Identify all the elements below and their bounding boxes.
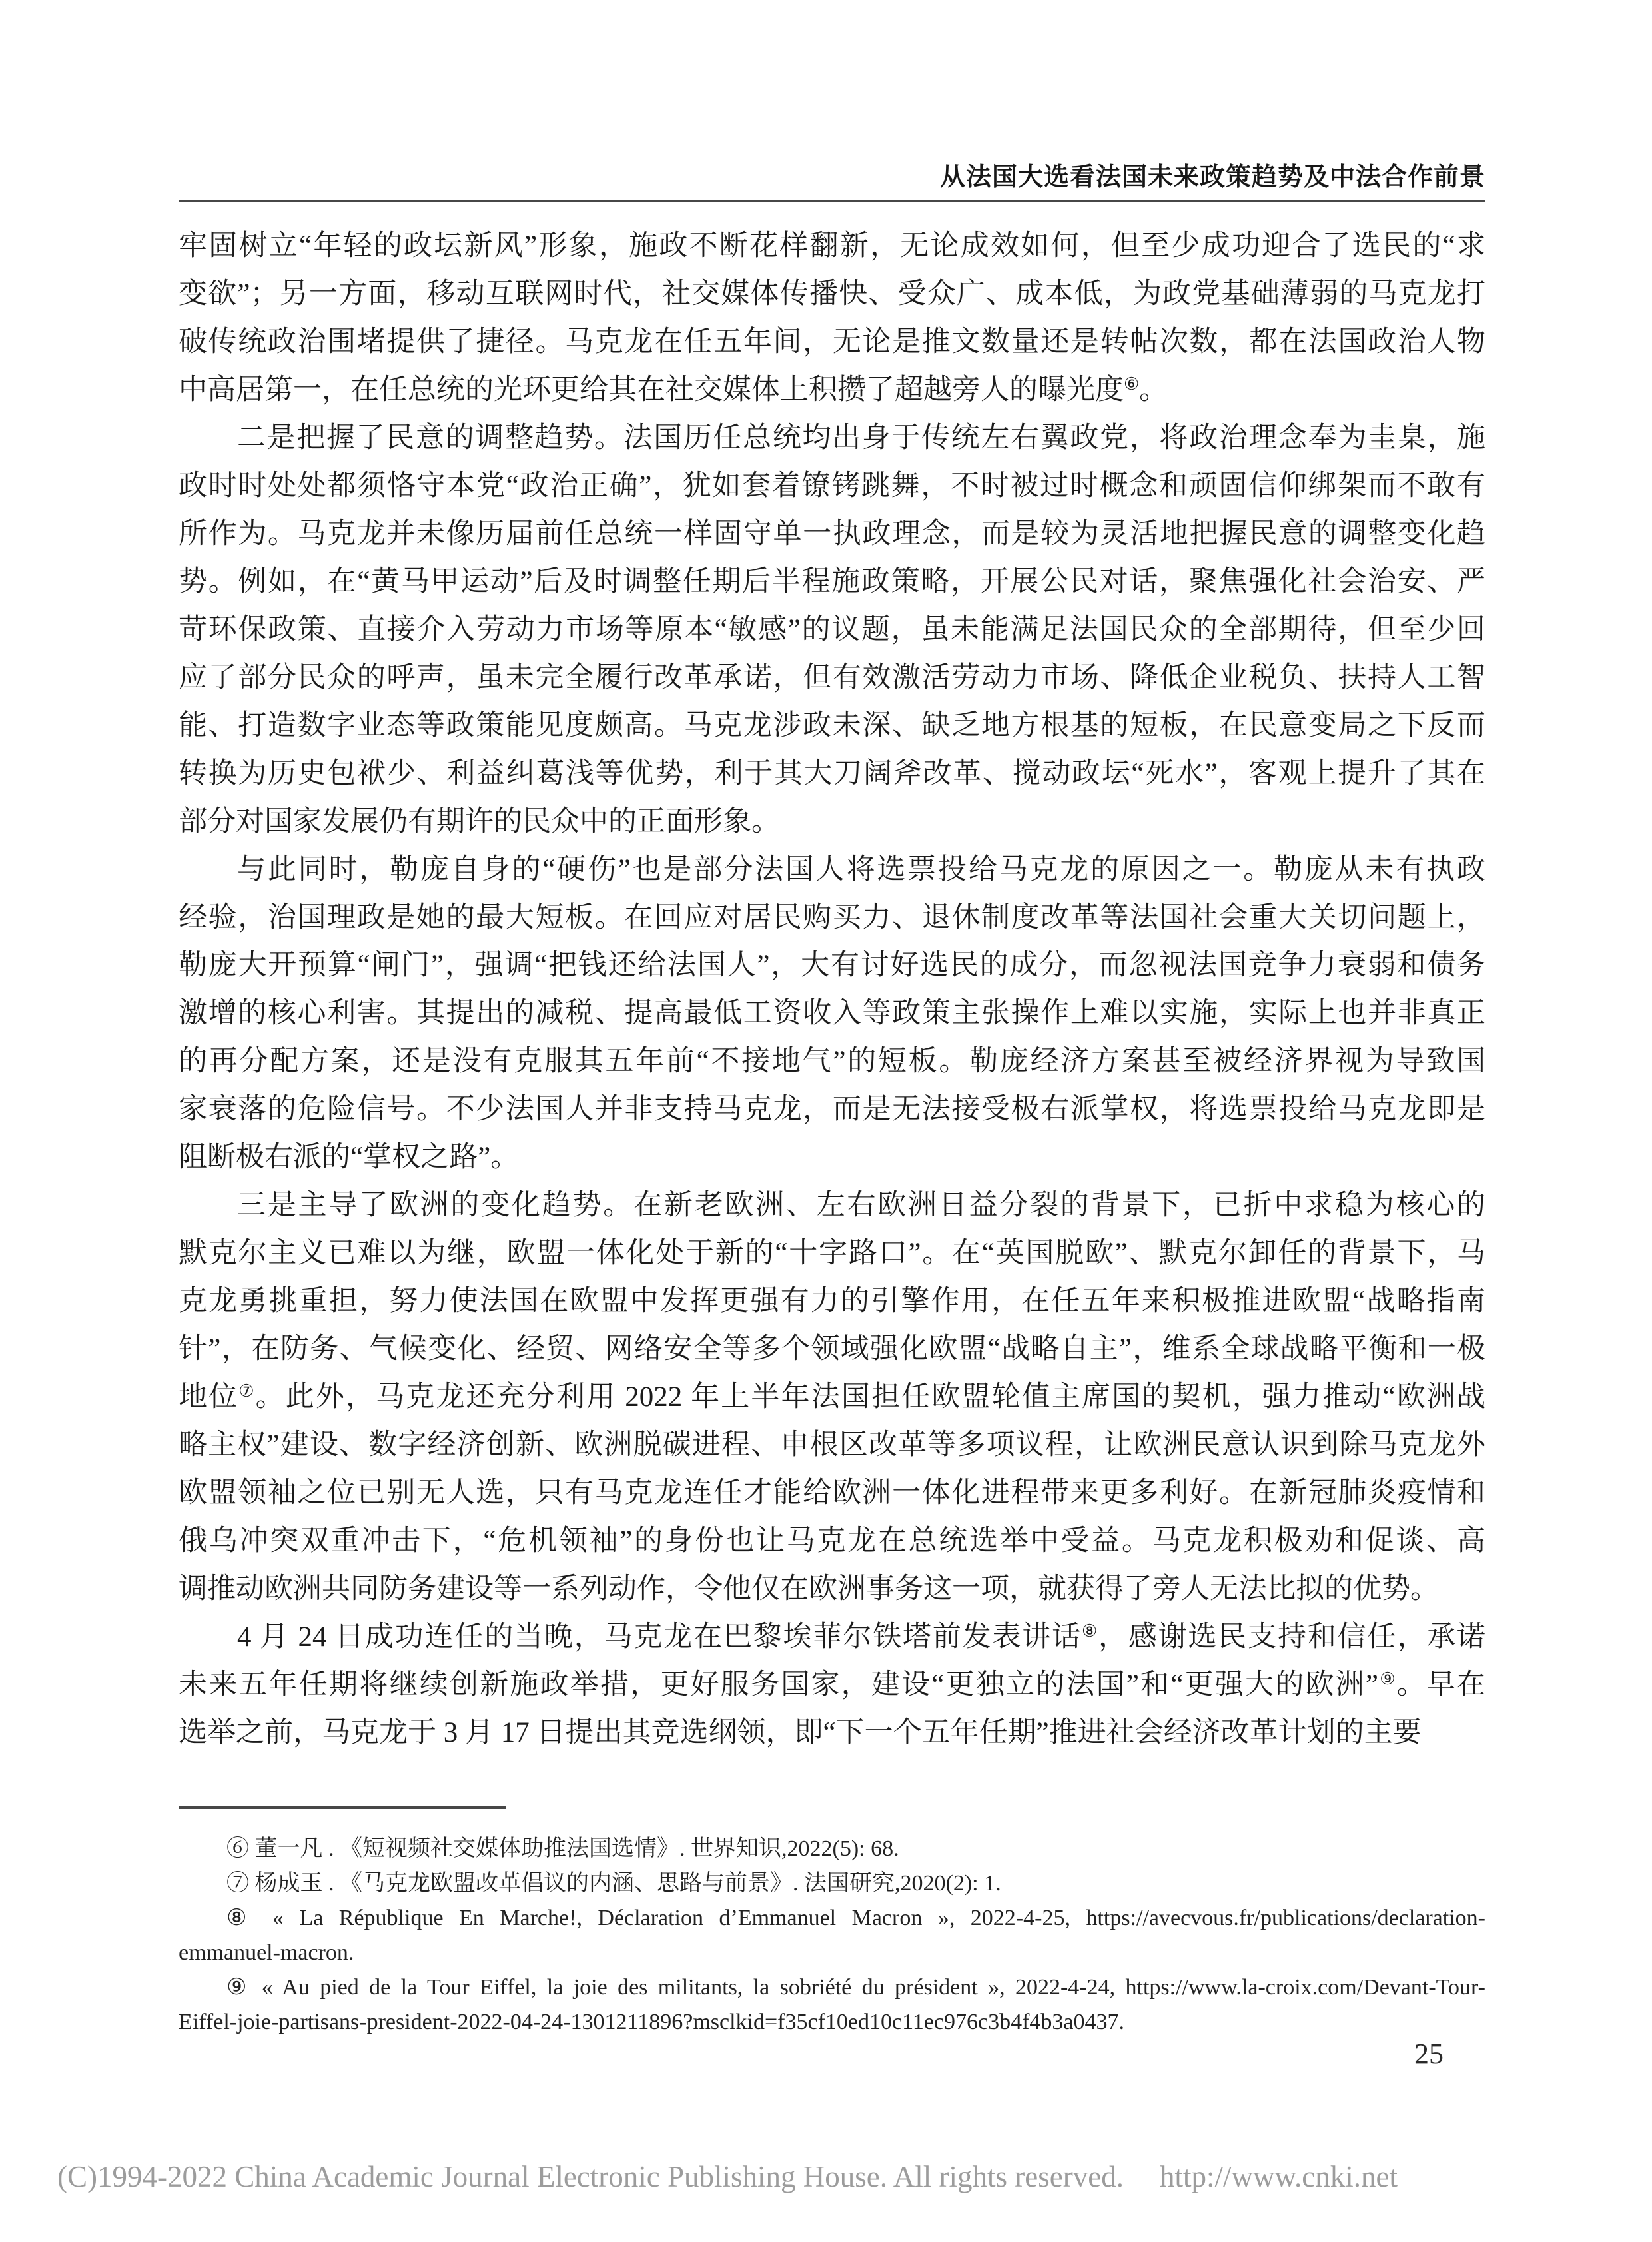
footnote-ref: ⑥ (1124, 374, 1139, 394)
footnote-line: ⑧ « La République En Marche!, Déclaratio… (179, 1901, 1485, 1936)
body-line: 略主权”建设、数字经济创新、欧洲脱碳进程、申根区改革等多项议程，让欧洲民意认识到… (179, 1421, 1485, 1469)
body-line: 俄乌冲突双重冲击下，“危机领袖”的身份也让马克龙在总统选举中受益。马克龙积极劝和… (179, 1517, 1485, 1565)
body-line: 调推动欧洲共同防务建设等一系列动作，令他仅在欧洲事务这一项，就获得了旁人无法比拟… (179, 1565, 1485, 1613)
body-line: 勒庞大开预算“闸门”，强调“把钱还给法国人”，大有讨好选民的成分，而忽视法国竞争… (179, 942, 1485, 990)
paragraph: 4 月 24 日成功连任的当晚，马克龙在巴黎埃菲尔铁塔前发表讲话⑧，感谢选民支持… (179, 1613, 1485, 1757)
body-line: 激增的核心利害。其提出的减税、提高最低工资收入等政策主张操作上难以实施，实际上也… (179, 990, 1485, 1038)
footnote-item: ⑥ 董一凡 . 《短视频社交媒体助推法国选情》. 世界知识,2022(5): 6… (179, 1832, 1485, 1866)
body-line: 苛环保政策、直接介入劳动力市场等原本“敏感”的议题，虽未能满足法国民众的全部期待… (179, 606, 1485, 654)
paragraph: 牢固树立“年轻的政坛新风”形象，施政不断花样翻新，无论成效如何，但至少成功迎合了… (179, 222, 1485, 414)
body-line: 转换为历史包袱少、利益纠葛浅等优势，利于其大刀阔斧改革、搅动政坛“死水”，客观上… (179, 750, 1485, 798)
body-line: 牢固树立“年轻的政坛新风”形象，施政不断花样翻新，无论成效如何，但至少成功迎合了… (179, 222, 1485, 270)
footnote-ref: ⑨ (1378, 1669, 1397, 1688)
body-line: 欧盟领袖之位已别无人选，只有马克龙连任才能给欧洲一体化进程带来更多利好。在新冠肺… (179, 1469, 1485, 1517)
scanned-paper-page: 从法国大选看法国未来政策趋势及中法合作前景 牢固树立“年轻的政坛新风”形象，施政… (0, 0, 1652, 2242)
footnote-line: emmanuel-macron. (179, 1936, 1485, 1970)
footnote-line: ⑥ 董一凡 . 《短视频社交媒体助推法国选情》. 世界知识,2022(5): 6… (179, 1832, 1485, 1866)
copyright-text: (C)1994-2022 China Academic Journal Elec… (57, 2160, 1124, 2193)
copyright-footer: (C)1994-2022 China Academic Journal Elec… (57, 2159, 1603, 2194)
header-rule (179, 200, 1485, 202)
body-line: 中高居第一，在任总统的光环更给其在社交媒体上积攒了超越旁人的曝光度⑥。 (179, 366, 1485, 414)
body-line: 4 月 24 日成功连任的当晚，马克龙在巴黎埃菲尔铁塔前发表讲话⑧，感谢选民支持… (179, 1613, 1485, 1661)
body-line: 与此同时，勒庞自身的“硬伤”也是部分法国人将选票投给马克龙的原因之一。勒庞从未有… (179, 846, 1485, 894)
footnote-line: ⑦ 杨成玉 . 《马克龙欧盟改革倡议的内涵、思路与前景》. 法国研究,2020(… (179, 1866, 1485, 1901)
body-line: 变欲”；另一方面，移动互联网时代，社交媒体传播快、受众广、成本低，为政党基础薄弱… (179, 270, 1485, 318)
footnote-item: ⑧ « La République En Marche!, Déclaratio… (179, 1901, 1485, 1970)
footnote-separator (179, 1806, 506, 1809)
footnote-item: ⑨ « Au pied de la Tour Eiffel, la joie d… (179, 1970, 1485, 2040)
body-line: 家衰落的危险信号。不少法国人并非支持马克龙，而是无法接受极右派掌权，将选票投给马… (179, 1086, 1485, 1134)
body-line: 二是把握了民意的调整趋势。法国历任总统均出身于传统左右翼政党，将政治理念奉为圭臬… (179, 414, 1485, 462)
body-line: 默克尔主义已难以为继，欧盟一体化处于新的“十字路口”。在“英国脱欧”、默克尔卸任… (179, 1230, 1485, 1278)
body-line: 克龙勇挑重担，努力使法国在欧盟中发挥更强有力的引擎作用，在任五年来积极推进欧盟“… (179, 1278, 1485, 1325)
body-line: 地位⑦。此外，马克龙还充分利用 2022 年上半年法国担任欧盟轮值主席国的契机，… (179, 1373, 1485, 1421)
body-line: 所作为。马克龙并未像历届前任总统一样固守单一执政理念，而是较为灵活地把握民意的调… (179, 510, 1485, 558)
body-line: 破传统政治围堵提供了捷径。马克龙在任五年间，无论是推文数量还是转帖次数，都在法国… (179, 318, 1485, 366)
paragraph: 与此同时，勒庞自身的“硬伤”也是部分法国人将选票投给马克龙的原因之一。勒庞从未有… (179, 846, 1485, 1182)
body-line: 经验，治国理政是她的最大短板。在回应对居民购买力、退休制度改革等法国社会重大关切… (179, 894, 1485, 942)
footnote-ref: ⑧ (1082, 1621, 1098, 1641)
body-line: 部分对国家发展仍有期许的民众中的正面形象。 (179, 798, 1485, 846)
body-line: 选举之前，马克龙于 3 月 17 日提出其竞选纲领，即“下一个五年任期”推进社会… (179, 1709, 1485, 1757)
body-line: 应了部分民众的呼声，虽未完全履行改革承诺，但有效激活劳动力市场、降低企业税负、扶… (179, 654, 1485, 702)
footnote-ref: ⑦ (238, 1381, 255, 1401)
running-head-title: 从法国大选看法国未来政策趋势及中法合作前景 (179, 156, 1485, 192)
body-line: 政时时处处都须恪守本党“政治正确”，犹如套着镣铐跳舞，不时被过时概念和顽固信仰绑… (179, 462, 1485, 510)
footer-url: http://www.cnki.net (1160, 2160, 1398, 2193)
footnote-line: ⑨ « Au pied de la Tour Eiffel, la joie d… (179, 1970, 1485, 2005)
body-line: 未来五年任期将继续创新施政举措，更好服务国家，建设“更独立的法国”和“更强大的欧… (179, 1661, 1485, 1709)
body-line: 针”，在防务、气候变化、经贸、网络安全等多个领域强化欧盟“战略自主”，维系全球战… (179, 1325, 1485, 1373)
body-line: 的再分配方案，还是没有克服其五年前“不接地气”的短板。勒庞经济方案甚至被经济界视… (179, 1038, 1485, 1086)
paragraph: 二是把握了民意的调整趋势。法国历任总统均出身于传统左右翼政党，将政治理念奉为圭臬… (179, 414, 1485, 846)
body-line: 势。例如，在“黄马甲运动”后及时调整任期后半程施政策略，开展公民对话，聚焦强化社… (179, 558, 1485, 606)
footnote-item: ⑦ 杨成玉 . 《马克龙欧盟改革倡议的内涵、思路与前景》. 法国研究,2020(… (179, 1866, 1485, 1901)
footnotes: ⑥ 董一凡 . 《短视频社交媒体助推法国选情》. 世界知识,2022(5): 6… (179, 1832, 1485, 2040)
page-number: 25 (1414, 2037, 1444, 2071)
body-line: 阻断极右派的“掌权之路”。 (179, 1134, 1485, 1182)
footnote-line: Eiffel-joie-partisans-president-2022-04-… (179, 2005, 1485, 2040)
paragraph: 三是主导了欧洲的变化趋势。在新老欧洲、左右欧洲日益分裂的背景下，已折中求稳为核心… (179, 1182, 1485, 1613)
body-line: 三是主导了欧洲的变化趋势。在新老欧洲、左右欧洲日益分裂的背景下，已折中求稳为核心… (179, 1182, 1485, 1230)
article-body: 牢固树立“年轻的政坛新风”形象，施政不断花样翻新，无论成效如何，但至少成功迎合了… (179, 222, 1485, 1757)
body-line: 能、打造数字业态等政策能见度颇高。马克龙涉政未深、缺乏地方根基的短板，在民意变局… (179, 702, 1485, 750)
